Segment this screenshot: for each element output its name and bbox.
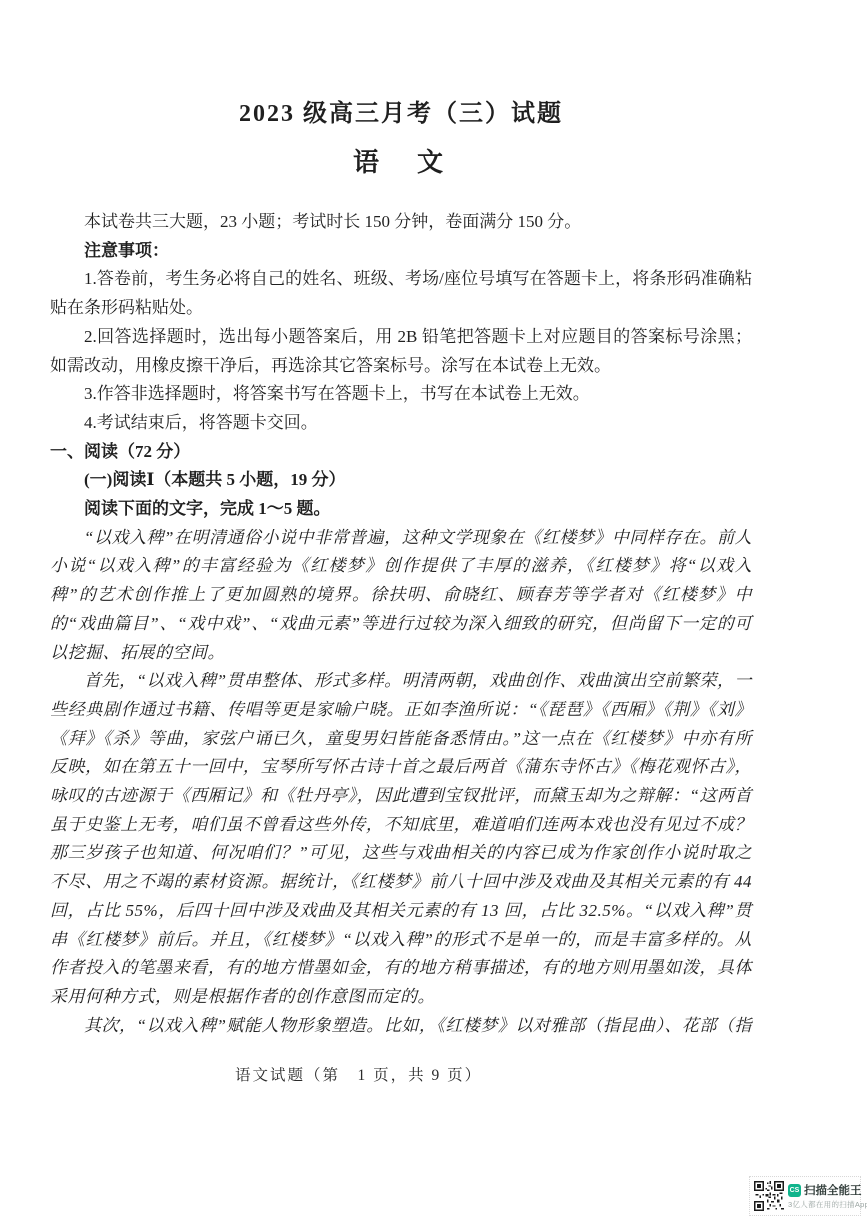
page-title: 2023 级高三月考（三）试题 bbox=[50, 100, 752, 128]
watermark-text-block: CS 扫描全能王 3亿人都在用的扫描App bbox=[788, 1182, 867, 1210]
document-body: 本试卷共三大题，23 小题；考试时长 150 分钟，卷面满分 150 分。 注意… bbox=[50, 208, 752, 1040]
section-heading: 一、阅读（72 分） bbox=[50, 438, 752, 467]
notice-item: 1.答卷前，考生务必将自己的姓名、班级、考场/座位号填写在答题卡上，将条形码准确… bbox=[50, 265, 752, 322]
subsection-heading: (一)阅读Ⅰ（本题共 5 小题，19 分） bbox=[50, 466, 752, 495]
camscanner-watermark: CS 扫描全能王 3亿人都在用的扫描App bbox=[749, 1176, 861, 1216]
watermark-app-name: 扫描全能王 bbox=[804, 1182, 862, 1198]
passage-paragraph: 其次，“以戏入稗”赋能人物形象塑造。比如，《红楼梦》以对雅部（指昆曲）、花部（指 bbox=[50, 1012, 752, 1041]
exam-info: 本试卷共三大题，23 小题；考试时长 150 分钟，卷面满分 150 分。 bbox=[50, 208, 752, 237]
notice-item: 3.作答非选择题时，将答案书写在答题卡上，书写在本试卷上无效。 bbox=[50, 380, 752, 409]
passage-intro: 阅读下面的文字，完成 1～5 题。 bbox=[50, 495, 752, 524]
passage-paragraph: “以戏入稗”在明清通俗小说中非常普遍，这种文学现象在《红楼梦》中同样存在。前人小… bbox=[50, 524, 752, 668]
reading-passage: “以戏入稗”在明清通俗小说中非常普遍，这种文学现象在《红楼梦》中同样存在。前人小… bbox=[50, 524, 752, 1041]
notice-heading: 注意事项： bbox=[50, 237, 752, 266]
watermark-tagline: 3亿人都在用的扫描App bbox=[788, 1199, 867, 1210]
passage-paragraph: 首先，“以戏入稗”贯串整体、形式多样。明清两朝，戏曲创作、戏曲演出空前繁荣，一些… bbox=[50, 667, 752, 1011]
notice-item: 2.回答选择题时，选出每小题答案后，用 2B 铅笔把答题卡上对应题目的答案标号涂… bbox=[50, 323, 752, 380]
exam-paper-page: 2023 级高三月考（三）试题 语 文 本试卷共三大题，23 小题；考试时长 1… bbox=[50, 0, 752, 1040]
subject-title: 语 文 bbox=[50, 148, 752, 178]
camscanner-logo-icon: CS bbox=[788, 1184, 801, 1197]
qr-code-icon bbox=[754, 1181, 784, 1211]
notice-item: 4.考试结束后，将答题卡交回。 bbox=[50, 409, 752, 438]
page-footer: 语文试题（第 1 页，共 9 页） bbox=[235, 1063, 482, 1085]
